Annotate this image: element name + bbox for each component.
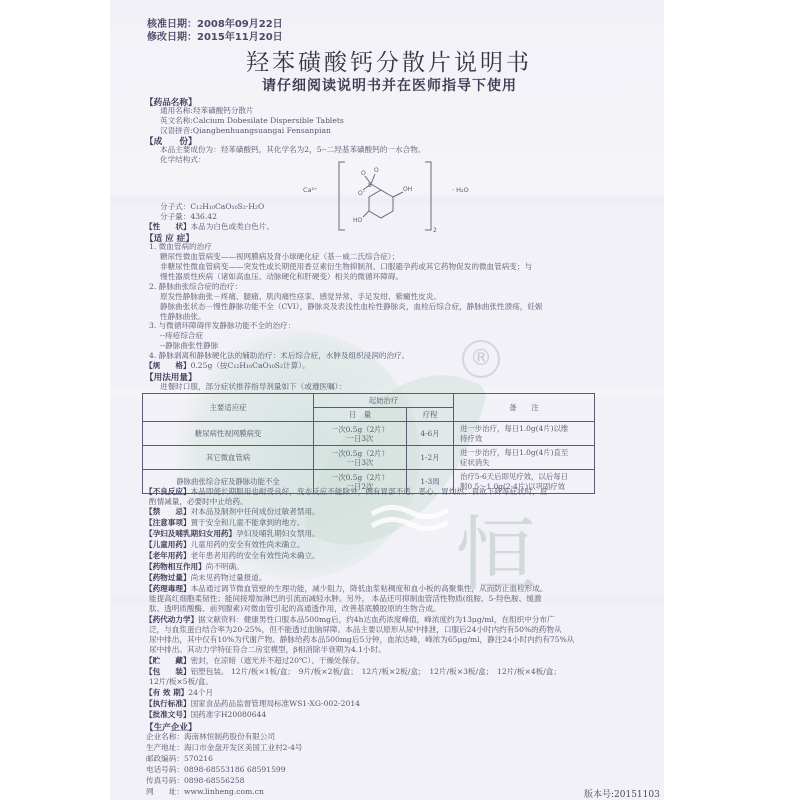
- cell-dose: 一次0.5g（2片）一日3次: [314, 446, 407, 470]
- indication-line: 静脉曲张状态－慢性静脉功能不全（CVI），静脉炎及表浅性血栓性静脉炎，血栓后综合…: [160, 302, 543, 312]
- overdose-heading: 【药物过量】: [145, 573, 191, 582]
- svg-text:2: 2: [433, 227, 437, 232]
- svg-text:O⁻: O⁻: [358, 190, 366, 197]
- storage-text: 密封，在凉暗（遮光并不超过20℃）、干燥处保存。: [191, 656, 365, 665]
- cell-indication: 其它微血管病: [143, 446, 314, 470]
- structure-label: 化学结构式：: [160, 155, 206, 165]
- pharmacokinetics-heading: 【药代动力学】: [145, 615, 198, 624]
- manufacturer-postcode: 邮政编码：570216: [146, 754, 213, 764]
- table-row: 其它微血管病 一次0.5g（2片）一日3次 1-2月 进一步治疗，每日1.0g(…: [143, 446, 595, 470]
- manufacturer-website: 网 址：www.linheng.com.cn: [146, 787, 264, 797]
- indication-line: 1. 微血管病的治疗: [149, 242, 212, 252]
- indication-line: 原发性静脉曲张－疼痛、腿痛、肌肉痛性痉挛、感觉异常、手足发绀、紫癜性皮炎。: [160, 292, 441, 302]
- manufacturer-name: 企业名称：海南林恒制药股份有限公司: [146, 732, 275, 742]
- pharmacology-row: 【药理毒理】本品通过调节微血管壁的生理功能，减少阻力，降低血浆粘稠度和血小板的高…: [145, 584, 547, 594]
- storage-row: 【贮 藏】密封，在凉暗（遮光并不超过20℃）、干燥处保存。: [145, 656, 364, 666]
- appearance-heading: 【性 状】: [145, 222, 191, 231]
- indication-line: --痔疮综合症: [160, 331, 203, 341]
- col-header-course: 疗程: [407, 408, 454, 422]
- molecular-formula: 分子式：C₁₂H₁₀CaO₁₀S₂·H₂O: [160, 202, 264, 212]
- contraindications-text: 对本品及制剂中任何成份过敏者禁用。: [191, 507, 320, 516]
- english-name: 英文名称:Calcium Dobesilate Dispersible Tabl…: [160, 116, 344, 126]
- hydrate-label: · H₂O: [452, 186, 469, 194]
- page-title: 羟苯磺酸钙分散片说明书: [246, 44, 532, 77]
- pregnancy-row: 【孕妇及哺乳期妇女用药】孕妇及哺乳期妇女禁用。: [145, 529, 320, 539]
- chemical-structure-diagram: O O S O⁻ OH HO 2: [325, 160, 445, 232]
- registered-mark-icon: ®: [462, 340, 500, 378]
- cell-course: 4-6月: [407, 422, 454, 446]
- indication-line: 3. 与微循环障碍伴发静脉功能不全的治疗：: [149, 321, 295, 331]
- adverse-reactions-heading: 【不良反应】: [145, 487, 191, 496]
- appearance-text: 本品为白色或类白色片。: [191, 222, 275, 231]
- adverse-reactions-row: 【不良反应】本品即使长期服用也耐受良好，变态反应不能除外，偶有胃部不适、恶心、胃…: [145, 487, 547, 497]
- storage-heading: 【贮 藏】: [145, 656, 191, 665]
- adverse-reactions-cont: 酌情减量，必要时中止给药。: [149, 497, 248, 507]
- calcium-cation: Ca²⁺: [303, 186, 318, 194]
- table-row: 糖尿病性视网膜病变 一次0.5g（2片）一日3次 4-6月 进一步治疗，每日1.…: [143, 422, 595, 446]
- validity-heading: 【有 效 期】: [145, 688, 188, 697]
- molecular-weight: 分子量：436.42: [160, 212, 217, 222]
- approval-number-heading: 【批准文号】: [145, 710, 191, 719]
- package-row: 【包 装】铝塑包装。 12片/板×1板/盒； 9片/板×2板/盒； 12片/板×…: [145, 667, 561, 677]
- precautions-text: 置于安全和儿童不能拿到的地方。: [191, 518, 305, 527]
- interactions-heading: 【药物相互作用】: [145, 562, 206, 571]
- revision-date: 修改日期：2015年11月20日: [147, 28, 283, 43]
- geriatric-row: 【老年用药】老年患者用药的安全有效性尚未确立。: [145, 551, 320, 561]
- appearance-row: 【性 状】本品为白色或类白色片。: [145, 222, 274, 232]
- version-number: 版本号:20151103: [584, 787, 660, 800]
- indication-line: 非糖尿性微血管病变——突发性或长期使用香豆素衍生物抑制剂、口服避孕药或其它药物促…: [160, 262, 532, 272]
- validity-text: 24个月: [188, 688, 213, 697]
- pharmacokinetics-text: 据文献资料：健康男性口服本品500mg后，约4h达血药浓度峰值，峰浓度约为13μ…: [198, 615, 554, 624]
- generic-name: 通用名称:羟苯磺酸钙分散片: [160, 106, 254, 116]
- pharmacokinetics-line: 尿中排出。其动力学特征符合二房室模型，β相消除半衰期为4.1小时。: [149, 645, 386, 655]
- pediatric-row: 【儿童用药】儿童用药的安全有效性尚未确立。: [145, 540, 304, 550]
- overdose-row: 【药物过量】尚未见药物过量报道。: [145, 573, 267, 583]
- pharmacokinetics-row: 【药代动力学】据文献资料：健康男性口服本品500mg后，约4h达血药浓度峰值，峰…: [145, 615, 555, 625]
- indication-line: 2. 静脉曲张综合症的治疗：: [149, 282, 242, 292]
- cell-dose: 一次0.5g（2片）一日3次: [314, 422, 407, 446]
- pharmacology-text: 本品通过调节微血管壁的生理功能，减少阻力，降低血浆粘稠度和血小板的高聚集性，从而…: [191, 584, 548, 593]
- cell-indication: 糖尿病性视网膜病变: [143, 422, 314, 446]
- standard-row: 【执行标准】国家食品药品监督管理局标准WS1-XG-002-2014: [145, 699, 360, 709]
- pharmacology-line: 肽、透明质酸酶、前列腺素)对微血管引起的高通透作用，改善基底膜胶原的生物合成。: [149, 604, 441, 614]
- interactions-row: 【药物相互作用】尚不明确。: [145, 562, 244, 572]
- col-header-initial: 起始治疗: [314, 394, 454, 408]
- precautions-heading: 【注意事项】: [145, 518, 191, 527]
- pregnancy-heading: 【孕妇及哺乳期妇女用药】: [145, 529, 236, 538]
- page-subtitle: 请仔细阅读说明书并在医师指导下使用: [262, 75, 517, 95]
- pharmacokinetics-line: 泛，与血浆蛋白结合率为20-25%，但不能透过血脑屏障。本品主要以原形从尿中排泄…: [149, 625, 562, 635]
- validity-row: 【有 效 期】24个月: [145, 688, 213, 698]
- approval-number-text: 国药准字H20080644: [191, 710, 267, 719]
- cell-remark: 进一步治疗，每日1.0g(4片)以维持疗效: [454, 422, 595, 446]
- package-heading: 【包 装】: [145, 667, 191, 676]
- pediatric-text: 儿童用药的安全有效性尚未确立。: [191, 540, 305, 549]
- composition-text: 本品主要成份为：羟苯磺酸钙，其化学名为2，5--二羟基苯磺酸钙的一水合物。: [160, 145, 425, 155]
- cell-course: 1-2月: [407, 446, 454, 470]
- col-header-remarks: 备 注: [454, 394, 595, 422]
- approval-number-row: 【批准文号】国药准字H20080644: [145, 710, 266, 720]
- indication-line: 糖尿性微血管病变——视网膜病及肾小球硬化症（基－威二氏综合症）；: [160, 252, 399, 262]
- cell-remark: 进一步治疗，每日1.0g(4片)直至症状消失: [454, 446, 595, 470]
- watermark-waves-icon: [370, 500, 450, 540]
- specification-row: 【规 格】0.25g（按C₁₂H₁₀CaO₁₀S₂计算）。: [145, 361, 310, 371]
- package-text: 铝塑包装。 12片/板×1板/盒； 9片/板×2板/盒； 12片/板×2板/盒；…: [191, 667, 561, 676]
- dosage-table: 主要适应症 起始治疗 备 注 日 量 疗程 糖尿病性视网膜病变 一次0.5g（2…: [142, 393, 595, 494]
- col-header-daily-dose: 日 量: [314, 408, 407, 422]
- svg-text:OH: OH: [403, 186, 412, 193]
- indication-line: --静脉曲张性静脉: [160, 341, 218, 351]
- geriatric-heading: 【老年用药】: [145, 551, 191, 560]
- overdose-text: 尚未见药物过量报道。: [191, 573, 267, 582]
- svg-text:S: S: [368, 182, 372, 189]
- pharmacology-heading: 【药理毒理】: [145, 584, 191, 593]
- geriatric-text: 老年患者用药的安全有效性尚未确立。: [191, 551, 320, 560]
- standard-text: 国家食品药品监督管理局标准WS1-XG-002-2014: [191, 699, 360, 708]
- specification-text: 0.25g（按C₁₂H₁₀CaO₁₀S₂计算）。: [191, 361, 310, 370]
- indication-line: 慢性器质性疾病（诸如高血压、动脉硬化和肝硬变）相关的微循环障碍。: [160, 272, 403, 282]
- specification-heading: 【规 格】: [145, 361, 191, 370]
- package-cont: 12片/板×5板/盒。: [149, 677, 213, 687]
- svg-text:HO: HO: [353, 217, 363, 224]
- col-header-indication: 主要适应症: [143, 394, 314, 422]
- manufacturer-fax: 传真号码：0898-68556258: [146, 776, 245, 786]
- adverse-reactions-text: 本品即使长期服用也耐受良好，变态反应不能除外，偶有胃部不适、恶心、胃灼热、食欲下…: [191, 487, 548, 496]
- pharmacology-line: 能提高红细胞柔韧性；能间接增加淋巴的引流而减轻水肿。另外， 本品还可抑制血管活性…: [149, 594, 541, 604]
- svg-text:O: O: [361, 170, 366, 177]
- standard-heading: 【执行标准】: [145, 699, 191, 708]
- svg-text:O: O: [374, 167, 379, 174]
- pregnancy-text: 孕妇及哺乳期妇女禁用。: [236, 529, 320, 538]
- pediatric-heading: 【儿童用药】: [145, 540, 191, 549]
- pharmacokinetics-line: 尿中排出，其中仅有10%为代谢产物。静脉给药本品500mg后5分钟，血浓达峰，峰…: [149, 635, 574, 645]
- manufacturer-address: 生产地址：海口市金盘开发区美国工业村2-4号: [146, 743, 303, 753]
- contraindications-heading: 【禁 忌】: [145, 507, 191, 516]
- contraindications-row: 【禁 忌】对本品及制剂中任何成份过敏者禁用。: [145, 507, 320, 517]
- dosage-intro: 进餐时口服，部分症状推荐指导剂量如下（或遵医嘱）：: [160, 382, 346, 392]
- manufacturer-phone: 电话号码：0898-68553186 68591599: [146, 765, 286, 775]
- indication-line: 4. 静脉剥离和静脉硬化法的辅助治疗：术后综合症，水肿及组织浸润的治疗。: [149, 351, 409, 361]
- interactions-text: 尚不明确。: [206, 562, 244, 571]
- precautions-row: 【注意事项】置于安全和儿童不能拿到的地方。: [145, 518, 304, 528]
